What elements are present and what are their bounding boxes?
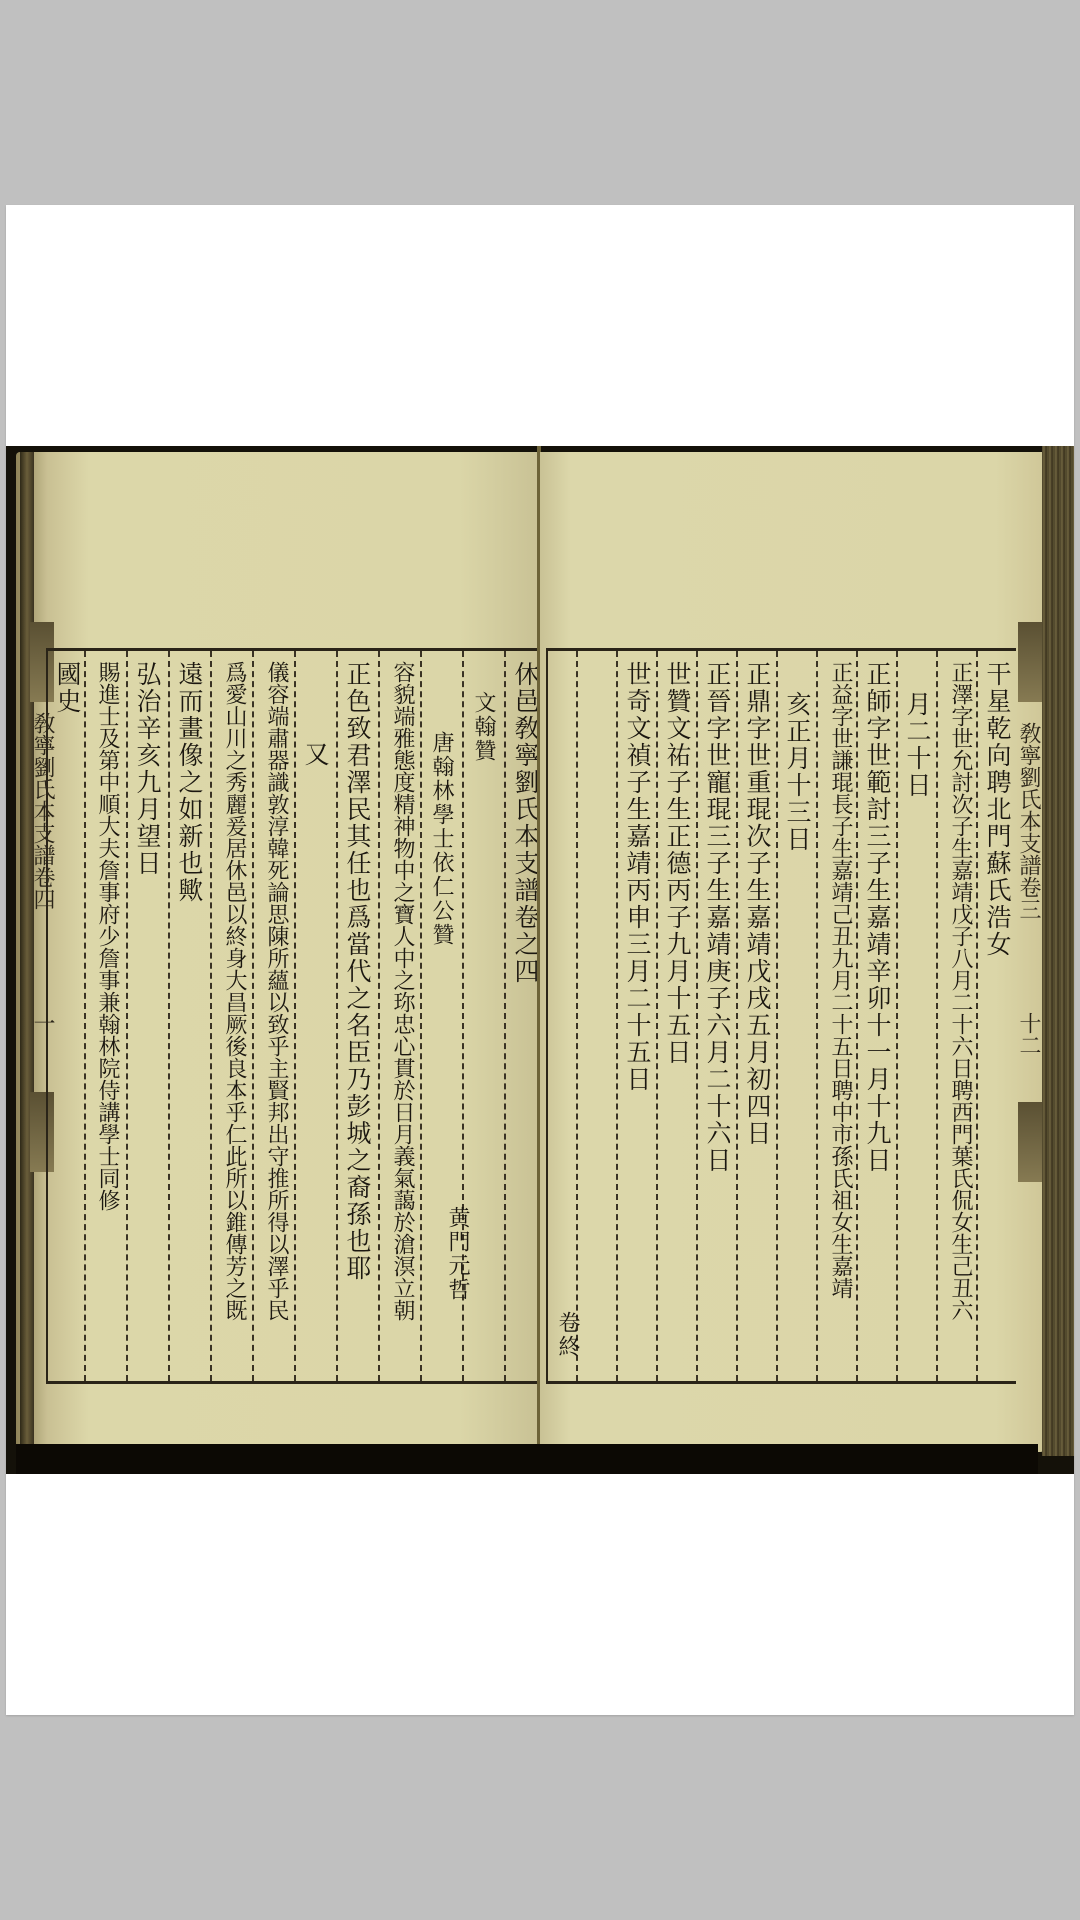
text-column: 又 (294, 651, 332, 1381)
right-page-number: 十二 (1018, 1012, 1044, 1056)
text-column: 容貌端雅態度精神物中之寶人中之珎忠心貫於日月義氣藹於滄溟立朝 (378, 651, 416, 1381)
text-column: 月二十日 (896, 651, 934, 1381)
right-book-edge (1042, 446, 1074, 1456)
text-column: 國史 (46, 651, 84, 1381)
text-column: 弘治辛亥九月望日 (126, 651, 164, 1381)
signature: 黄門元哲 (442, 1206, 472, 1302)
book-scan-image: 敎寧劉氏本支譜卷四 一 休邑敎寧劉氏本支譜卷之四 文翰贊 唐翰林學士依仁公贊 黄… (6, 446, 1074, 1474)
text-column: 賜進士及第中順大夫詹事府少詹事兼翰林院侍講學士同修 (84, 651, 122, 1381)
left-book-edge (20, 452, 34, 1462)
end-mark: 卷終 (552, 1311, 582, 1359)
left-page: 敎寧劉氏本支譜卷四 一 休邑敎寧劉氏本支譜卷之四 文翰贊 唐翰林學士依仁公贊 黄… (16, 452, 537, 1452)
text-column: 正色致君澤民其任也爲當代之名臣乃彭城之裔孫也耶 (336, 651, 374, 1381)
right-text-frame: 干星乾向聘北門蘇氏浩女 正澤字世允討次子生嘉靖戊子八月二十六日聘西門葉氏侃女生己… (546, 648, 1016, 1384)
text-column: 爲愛山川之秀麗爰居休邑以終身大昌厥後良本乎仁此所以錐傳芳之既 (210, 651, 248, 1381)
fishtail-mark-bottom (1018, 1102, 1042, 1182)
fishtail-mark-top (1018, 622, 1042, 702)
text-column: 世奇文禎子生嘉靖丙申三月二十五日 (616, 651, 654, 1381)
scan-bottom-shadow (16, 1444, 1038, 1474)
text-column: 正鼎字世重琨次子生嘉靖戊戌五月初四日 (736, 651, 774, 1381)
text-column: 遠而畫像之如新也歟 (168, 651, 206, 1381)
text-column: 正晉字世寵琨三子生嘉靖庚子六月二十六日 (696, 651, 734, 1381)
text-column: 亥正月十三日 (776, 651, 814, 1381)
text-column: 干星乾向聘北門蘇氏浩女 (976, 651, 1014, 1381)
text-column: 儀容端肅器識敦淳韓死論思陳所蘊以致乎主賢邦出守推所得以澤乎民 (252, 651, 290, 1381)
right-margin-label: 敎寧劉氏本支譜卷三 (1018, 722, 1044, 920)
text-column: 正師字世範討三子生嘉靖辛卯十一月十九日 (856, 651, 894, 1381)
left-text-frame: 休邑敎寧劉氏本支譜卷之四 文翰贊 唐翰林學士依仁公贊 黄門元哲 容貌端雅態度精神… (46, 648, 538, 1384)
text-column: 唐翰林學士依仁公贊 黄門元哲 (420, 651, 458, 1381)
text-column: 正澤字世允討次子生嘉靖戊子八月二十六日聘西門葉氏侃女生己丑六 (936, 651, 974, 1381)
right-page: 干星乾向聘北門蘇氏浩女 正澤字世允討次子生嘉靖戊子八月二十六日聘西門葉氏侃女生己… (540, 452, 1046, 1452)
text-column: 卷終 (546, 651, 584, 1381)
text-column: 正益字世謙琨長子生嘉靖己丑九月二十五日聘中市孫氏祖女生嘉靖 (816, 651, 854, 1381)
text-column: 世贊文祐子生正德丙子九月十五日 (656, 651, 694, 1381)
